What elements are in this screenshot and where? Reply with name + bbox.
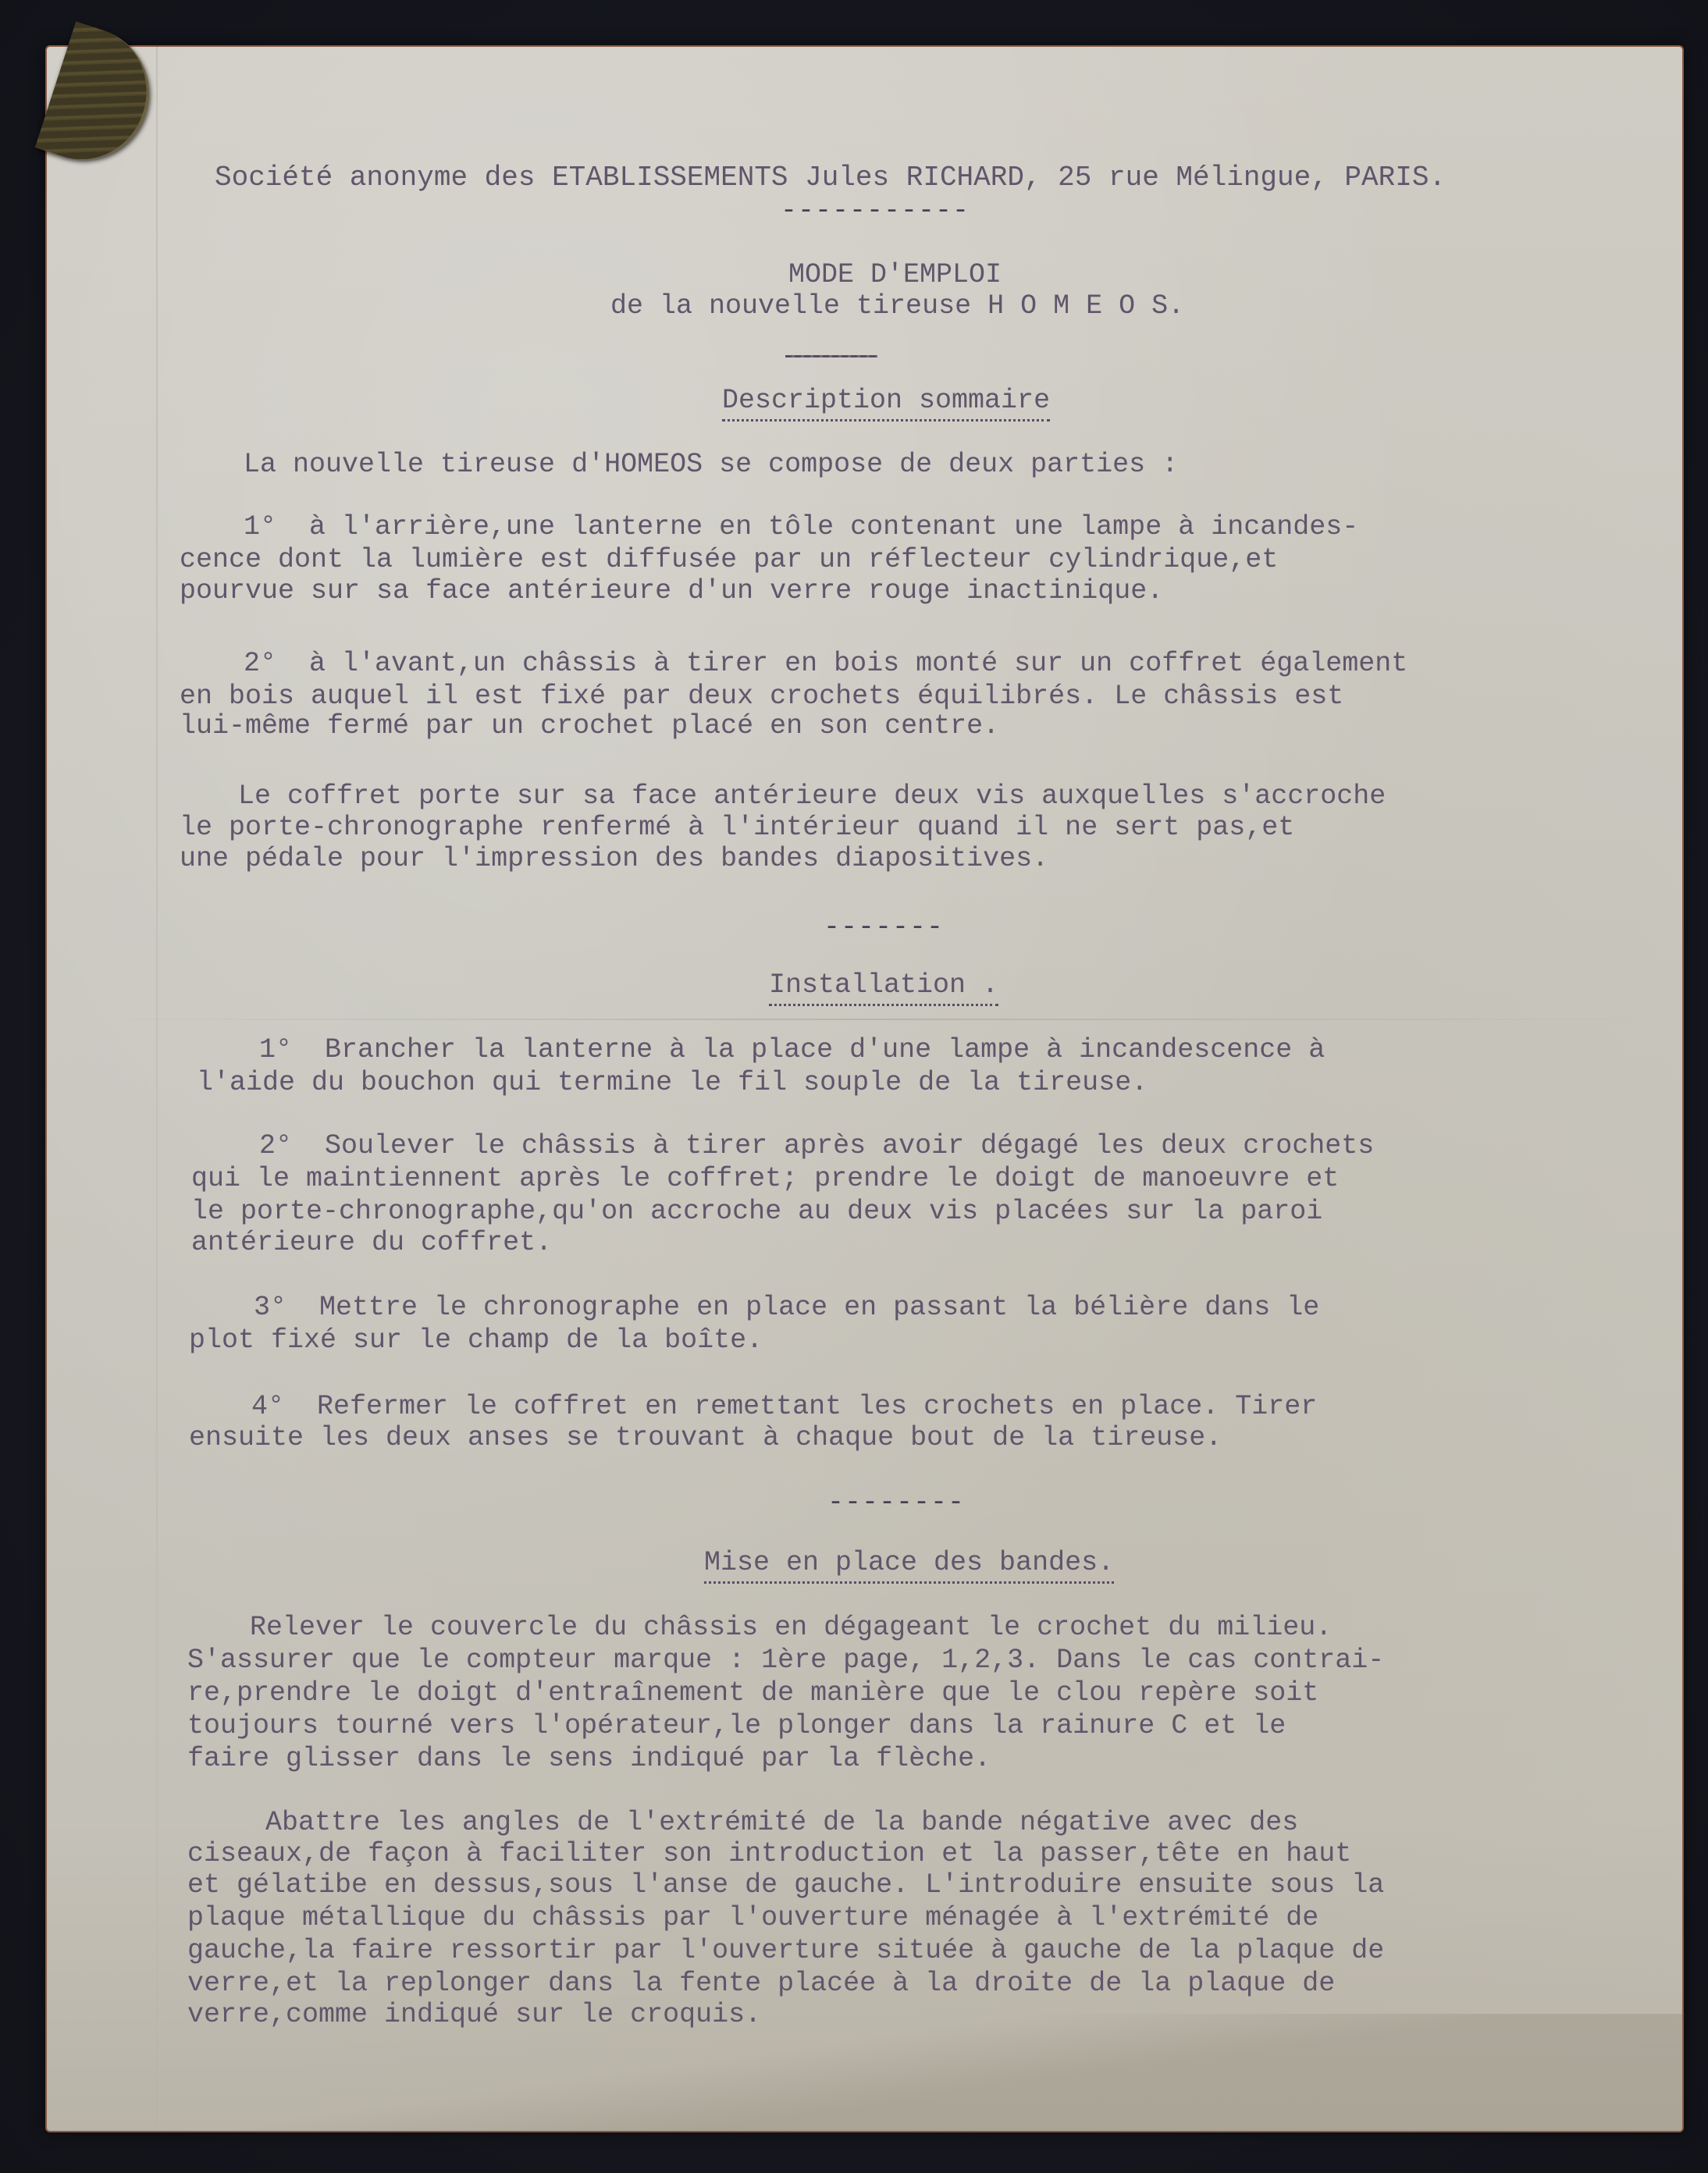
paragraph-line: verre,et la replonger dans la fente plac… bbox=[187, 1968, 1335, 1999]
paragraph-line: ciseaux,de façon à faciliter son introdu… bbox=[187, 1838, 1351, 1869]
paragraph-line: La nouvelle tireuse d'HOMEOS se compose … bbox=[244, 449, 1178, 480]
paragraph-line: re,prendre le doigt d'entraînement de ma… bbox=[187, 1677, 1318, 1709]
paragraph-line: qui le maintiennent après le coffret; pr… bbox=[191, 1163, 1339, 1194]
paragraph-line: Le coffret porte sur sa face antérieure … bbox=[238, 781, 1386, 812]
section-heading-installation: Installation . bbox=[769, 969, 998, 1006]
typewritten-document: Société anonyme des ETABLISSEMENTS Jules… bbox=[0, 0, 1708, 2173]
title-rule bbox=[785, 355, 877, 357]
paragraph-line: 1° Brancher la lanterne à la place d'une… bbox=[259, 1034, 1325, 1065]
paragraph-line: gauche,la faire ressortir par l'ouvertur… bbox=[187, 1935, 1384, 1966]
paragraph-line: 2° à l'avant,un châssis à tirer en bois … bbox=[244, 648, 1407, 679]
document-subtitle: de la nouvelle tireuse H O M E O S. bbox=[610, 290, 1184, 322]
paragraph-line: 4° Refermer le coffret en remettant les … bbox=[251, 1391, 1317, 1422]
section-divider: ------- bbox=[824, 912, 944, 943]
paragraph-line: pourvue sur sa face antérieure d'un verr… bbox=[180, 575, 1163, 606]
paragraph-line: antérieure du coffret. bbox=[191, 1227, 552, 1258]
paragraph-line: en bois auquel il est fixé par deux croc… bbox=[180, 681, 1343, 712]
paragraph-line: 2° Soulever le châssis à tirer après avo… bbox=[259, 1130, 1374, 1161]
paragraph-line: cence dont la lumière est diffusée par u… bbox=[180, 544, 1278, 575]
paragraph-line: faire glisser dans le sens indiqué par l… bbox=[187, 1743, 991, 1774]
paragraph-line: et gélatibe en dessus,sous l'anse de gau… bbox=[187, 1869, 1384, 1901]
paragraph-line: plaque métallique du châssis par l'ouver… bbox=[187, 1902, 1318, 1933]
paragraph-line: plot fixé sur le champ de la boîte. bbox=[189, 1325, 763, 1356]
section-divider: -------- bbox=[827, 1487, 965, 1518]
photo-background: Société anonyme des ETABLISSEMENTS Jules… bbox=[0, 0, 1708, 2173]
paragraph-line: lui-même fermé par un crochet placé en s… bbox=[180, 710, 999, 742]
paragraph-line: Relever le couvercle du châssis en dégag… bbox=[250, 1612, 1332, 1643]
paragraph-line: une pédale pour l'impression des bandes … bbox=[180, 843, 1048, 874]
paragraph-line: le porte-chronographe,qu'on accroche au … bbox=[191, 1196, 1322, 1227]
paragraph-line: Abattre les angles de l'extrémité de la … bbox=[265, 1807, 1298, 1838]
paragraph-line: ensuite les deux anses se trouvant à cha… bbox=[189, 1422, 1222, 1453]
paragraph-line: 1° à l'arrière,une lanterne en tôle cont… bbox=[244, 511, 1358, 542]
paragraph-line: l'aide du bouchon qui termine le fil sou… bbox=[197, 1067, 1148, 1098]
section-heading-description: Description sommaire bbox=[722, 385, 1050, 421]
paragraph-line: verre,comme indiqué sur le croquis. bbox=[187, 1999, 761, 2030]
paragraph-line: le porte-chronographe renfermé à l'intér… bbox=[180, 812, 1294, 843]
paragraph-line: toujours tourné vers l'opérateur,le plon… bbox=[187, 1710, 1286, 1741]
section-heading-mise-en-place: Mise en place des bandes. bbox=[704, 1547, 1114, 1584]
letterhead-rule: ----------- bbox=[781, 195, 970, 226]
paragraph-line: S'assurer que le compteur marque : 1ère … bbox=[187, 1645, 1384, 1676]
letterhead: Société anonyme des ETABLISSEMENTS Jules… bbox=[215, 162, 1446, 194]
document-title: MODE D'EMPLOI bbox=[788, 259, 1002, 290]
paragraph-line: 3° Mettre le chronographe en place en pa… bbox=[254, 1292, 1319, 1323]
